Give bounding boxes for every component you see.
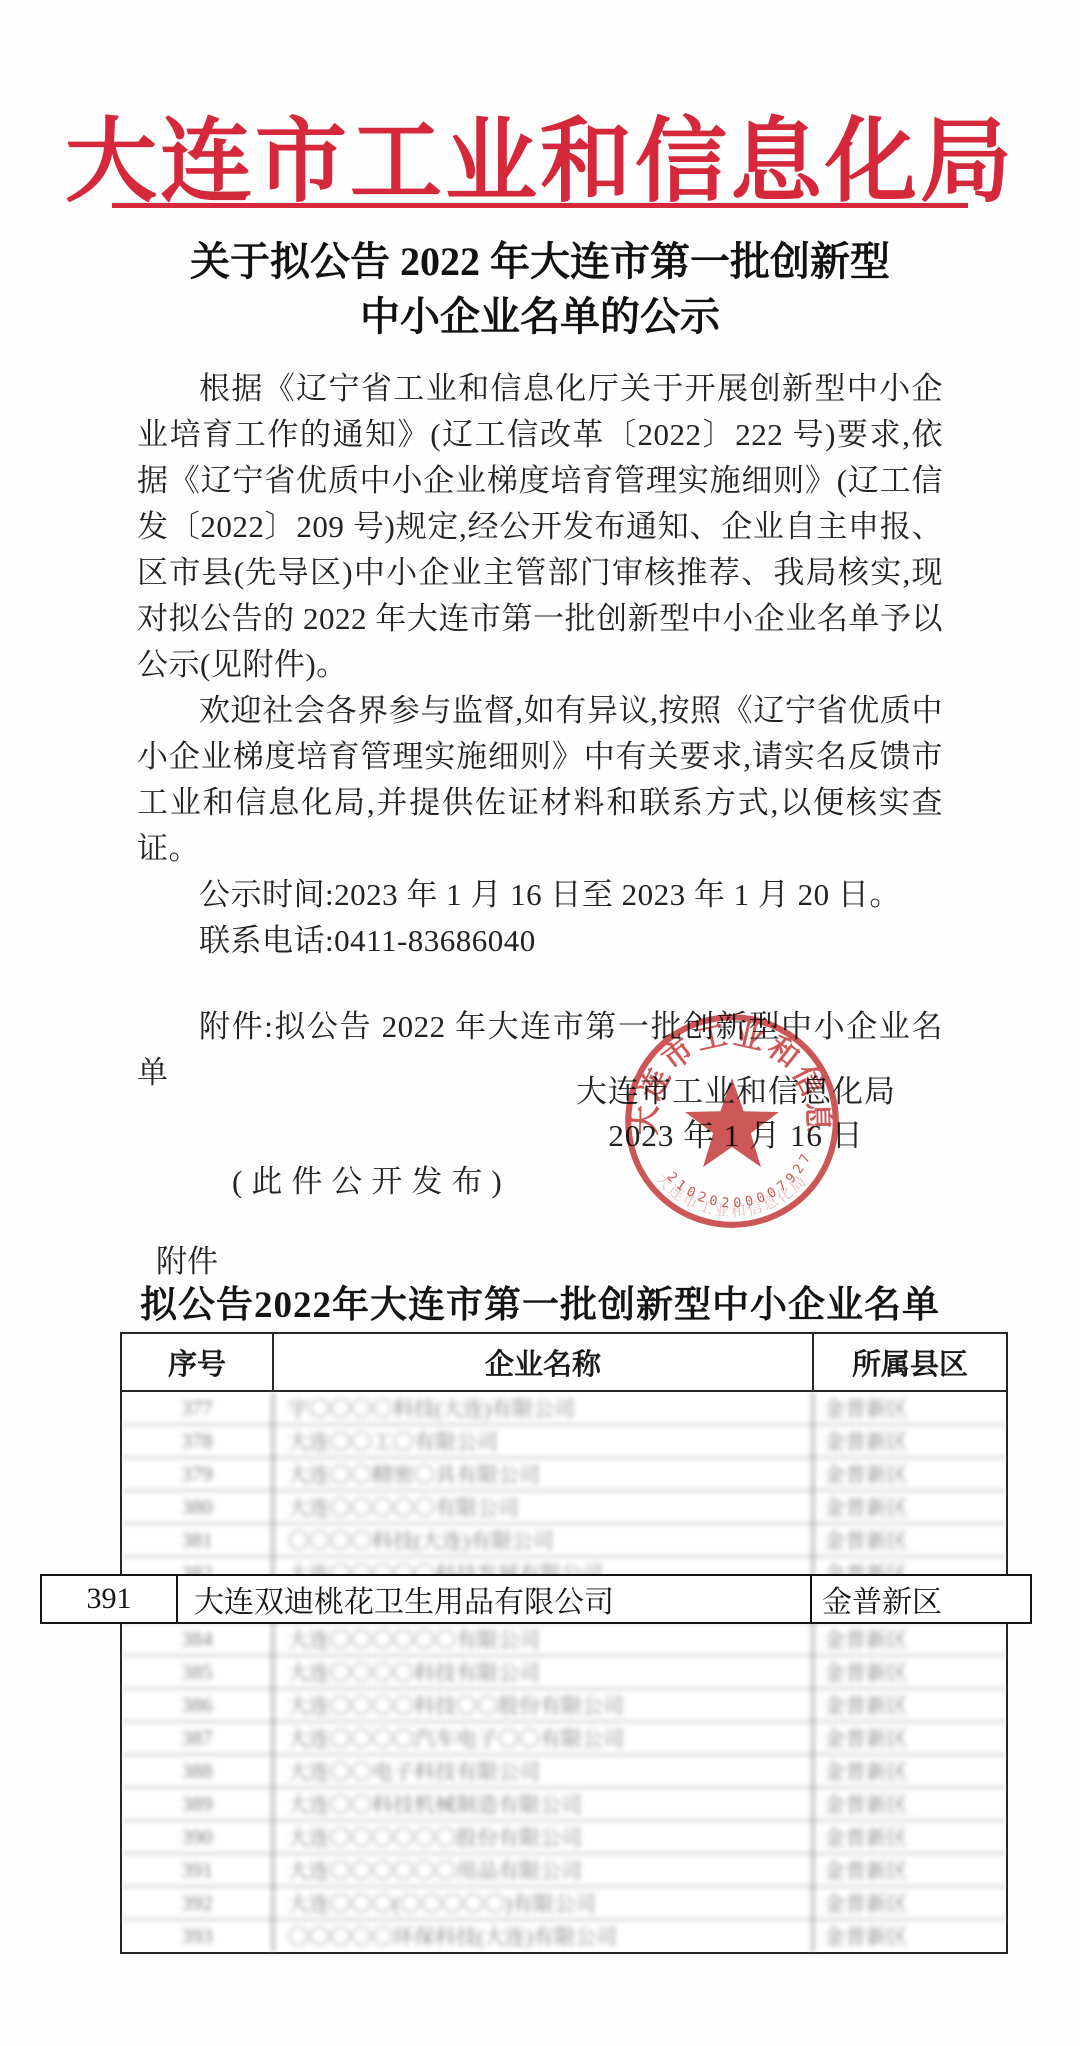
table-row: 385大连〇〇〇〇科技有限公司金普新区 — [122, 1656, 1006, 1689]
document-title: 关于拟公告 2022 年大连市第一批创新型 中小企业名单的公示 — [0, 234, 1080, 344]
table-cell-company: 大连〇〇科技机械制造有限公司 — [274, 1788, 814, 1820]
body-paragraph-2: 欢迎社会各界参与监督,如有异议,按照《辽宁省优质中小企业梯度培育管理实施细则》中… — [137, 688, 943, 872]
table-row: 378大连〇〇工〇有限公司金普新区 — [122, 1425, 1006, 1458]
table-row: 392大连〇〇〇(〇〇〇〇〇)有限公司金普新区 — [122, 1887, 1006, 1920]
table-cell-district: 金普新区 — [814, 1920, 1006, 1952]
letterhead-agency-title: 大连市工业和信息化局 — [0, 88, 1080, 220]
table-row: 391大连〇〇〇〇〇〇用品有限公司金普新区 — [122, 1854, 1006, 1887]
table-cell-no: 381 — [122, 1524, 274, 1556]
table-cell-company: 〇〇〇〇科技(大连)有限公司 — [274, 1524, 814, 1556]
table-cell-district: 金普新区 — [814, 1887, 1006, 1919]
publicity-period-line: 公示时间:2023 年 1 月 16 日至 2023 年 1 月 20 日。 — [137, 872, 943, 918]
table-cell-company: 大连〇〇电子科技有限公司 — [274, 1755, 814, 1787]
document-title-line1: 关于拟公告 2022 年大连市第一批创新型 — [0, 234, 1080, 289]
highlighted-row-district: 金普新区 — [810, 1576, 1030, 1622]
table-cell-company: 大连〇〇〇〇科技〇〇股份有限公司 — [274, 1689, 814, 1721]
table-cell-company: 大连〇〇〇〇〇有限公司 — [274, 1491, 814, 1523]
table-row: 384大连〇〇〇〇〇〇有限公司金普新区 — [122, 1623, 1006, 1656]
highlighted-table-row: 391 大连双迪桃花卫生用品有限公司 金普新区 — [40, 1574, 1032, 1624]
table-cell-no: 379 — [122, 1458, 274, 1490]
table-cell-company: 大连〇〇〇〇〇〇用品有限公司 — [274, 1854, 814, 1886]
body-paragraph-1: 根据《辽宁省工业和信息化厅关于开展创新型中小企业培育工作的通知》(辽工信改革〔2… — [137, 366, 943, 688]
table-cell-no: 393 — [122, 1920, 274, 1952]
table-cell-district: 金普新区 — [814, 1623, 1006, 1655]
table-cell-company: 大连〇〇〇〇科技有限公司 — [274, 1656, 814, 1688]
table-cell-district: 金普新区 — [814, 1425, 1006, 1457]
letterhead-divider — [112, 203, 968, 208]
table-cell-no: 390 — [122, 1821, 274, 1853]
table-cell-no: 380 — [122, 1491, 274, 1523]
table-cell-no: 389 — [122, 1788, 274, 1820]
table-cell-district: 金普新区 — [814, 1524, 1006, 1556]
table-row: 390大连〇〇〇〇〇〇股份有限公司金普新区 — [122, 1821, 1006, 1854]
table-row: 381〇〇〇〇科技(大连)有限公司金普新区 — [122, 1524, 1006, 1557]
table-cell-district: 金普新区 — [814, 1821, 1006, 1853]
official-red-seal: 大连市工业和信息化局 210202000079274 大连市工业和信息化局 — [616, 1006, 848, 1232]
highlighted-row-no: 391 — [42, 1576, 178, 1622]
table-cell-company: 大连〇〇〇〇〇〇股份有限公司 — [274, 1821, 814, 1853]
highlighted-row-company: 大连双迪桃花卫生用品有限公司 — [178, 1576, 810, 1622]
table-cell-company: 大连〇〇工〇有限公司 — [274, 1425, 814, 1457]
table-cell-no: 377 — [122, 1392, 274, 1424]
table-row: 388大连〇〇电子科技有限公司金普新区 — [122, 1755, 1006, 1788]
table-cell-district: 金普新区 — [814, 1491, 1006, 1523]
document-body: 根据《辽宁省工业和信息化厅关于开展创新型中小企业培育工作的通知》(辽工信改革〔2… — [137, 366, 943, 1096]
attachment-table-title: 拟公告2022年大连市第一批创新型中小企业名单 — [0, 1274, 1080, 1328]
public-release-note: (此件公开发布) — [232, 1156, 511, 1201]
table-cell-no: 386 — [122, 1689, 274, 1721]
table-cell-district: 金普新区 — [814, 1458, 1006, 1490]
table-cell-district: 金普新区 — [814, 1854, 1006, 1886]
seal-star-icon — [685, 1078, 779, 1167]
table-header-district: 所属县区 — [814, 1334, 1006, 1390]
table-cell-no: 384 — [122, 1623, 274, 1655]
table-header-no: 序号 — [122, 1334, 274, 1390]
table-row: 380大连〇〇〇〇〇有限公司金普新区 — [122, 1491, 1006, 1524]
table-cell-district: 金普新区 — [814, 1656, 1006, 1688]
table-cell-no: 388 — [122, 1755, 274, 1787]
table-cell-no: 378 — [122, 1425, 274, 1457]
document-page: 大连市工业和信息化局 关于拟公告 2022 年大连市第一批创新型 中小企业名单的… — [0, 0, 1080, 2046]
contact-phone-line: 联系电话:0411-83686040 — [137, 918, 943, 964]
table-cell-company: 大连〇〇精密〇具有限公司 — [274, 1458, 814, 1490]
table-row: 387大连〇〇〇〇汽车电子〇〇有限公司金普新区 — [122, 1722, 1006, 1755]
table-cell-company: 大连〇〇〇(〇〇〇〇〇)有限公司 — [274, 1887, 814, 1919]
table-cell-no: 391 — [122, 1854, 274, 1886]
document-title-line2: 中小企业名单的公示 — [0, 289, 1080, 344]
company-list-table: 序号 企业名称 所属县区 377宇〇〇〇〇科技(大连)有限公司金普新区378大连… — [120, 1332, 1008, 1954]
table-cell-district: 金普新区 — [814, 1755, 1006, 1787]
table-cell-no: 387 — [122, 1722, 274, 1754]
table-row: 386大连〇〇〇〇科技〇〇股份有限公司金普新区 — [122, 1689, 1006, 1722]
table-cell-no: 392 — [122, 1887, 274, 1919]
table-cell-district: 金普新区 — [814, 1392, 1006, 1424]
table-row: 379大连〇〇精密〇具有限公司金普新区 — [122, 1458, 1006, 1491]
table-cell-district: 金普新区 — [814, 1689, 1006, 1721]
table-header-row: 序号 企业名称 所属县区 — [122, 1334, 1006, 1392]
table-cell-no: 385 — [122, 1656, 274, 1688]
table-cell-company: 大连〇〇〇〇〇〇有限公司 — [274, 1623, 814, 1655]
table-cell-company: 大连〇〇〇〇汽车电子〇〇有限公司 — [274, 1722, 814, 1754]
table-row: 377宇〇〇〇〇科技(大连)有限公司金普新区 — [122, 1392, 1006, 1425]
table-row: 393〇〇〇〇〇环保科技(大连)有限公司金普新区 — [122, 1920, 1006, 1952]
table-body-blurred: 377宇〇〇〇〇科技(大连)有限公司金普新区378大连〇〇工〇有限公司金普新区3… — [122, 1392, 1006, 1952]
table-cell-company: 〇〇〇〇〇环保科技(大连)有限公司 — [274, 1920, 814, 1952]
table-cell-district: 金普新区 — [814, 1788, 1006, 1820]
table-row: 389大连〇〇科技机械制造有限公司金普新区 — [122, 1788, 1006, 1821]
table-cell-district: 金普新区 — [814, 1722, 1006, 1754]
table-cell-company: 宇〇〇〇〇科技(大连)有限公司 — [274, 1392, 814, 1424]
table-header-company: 企业名称 — [274, 1334, 814, 1390]
